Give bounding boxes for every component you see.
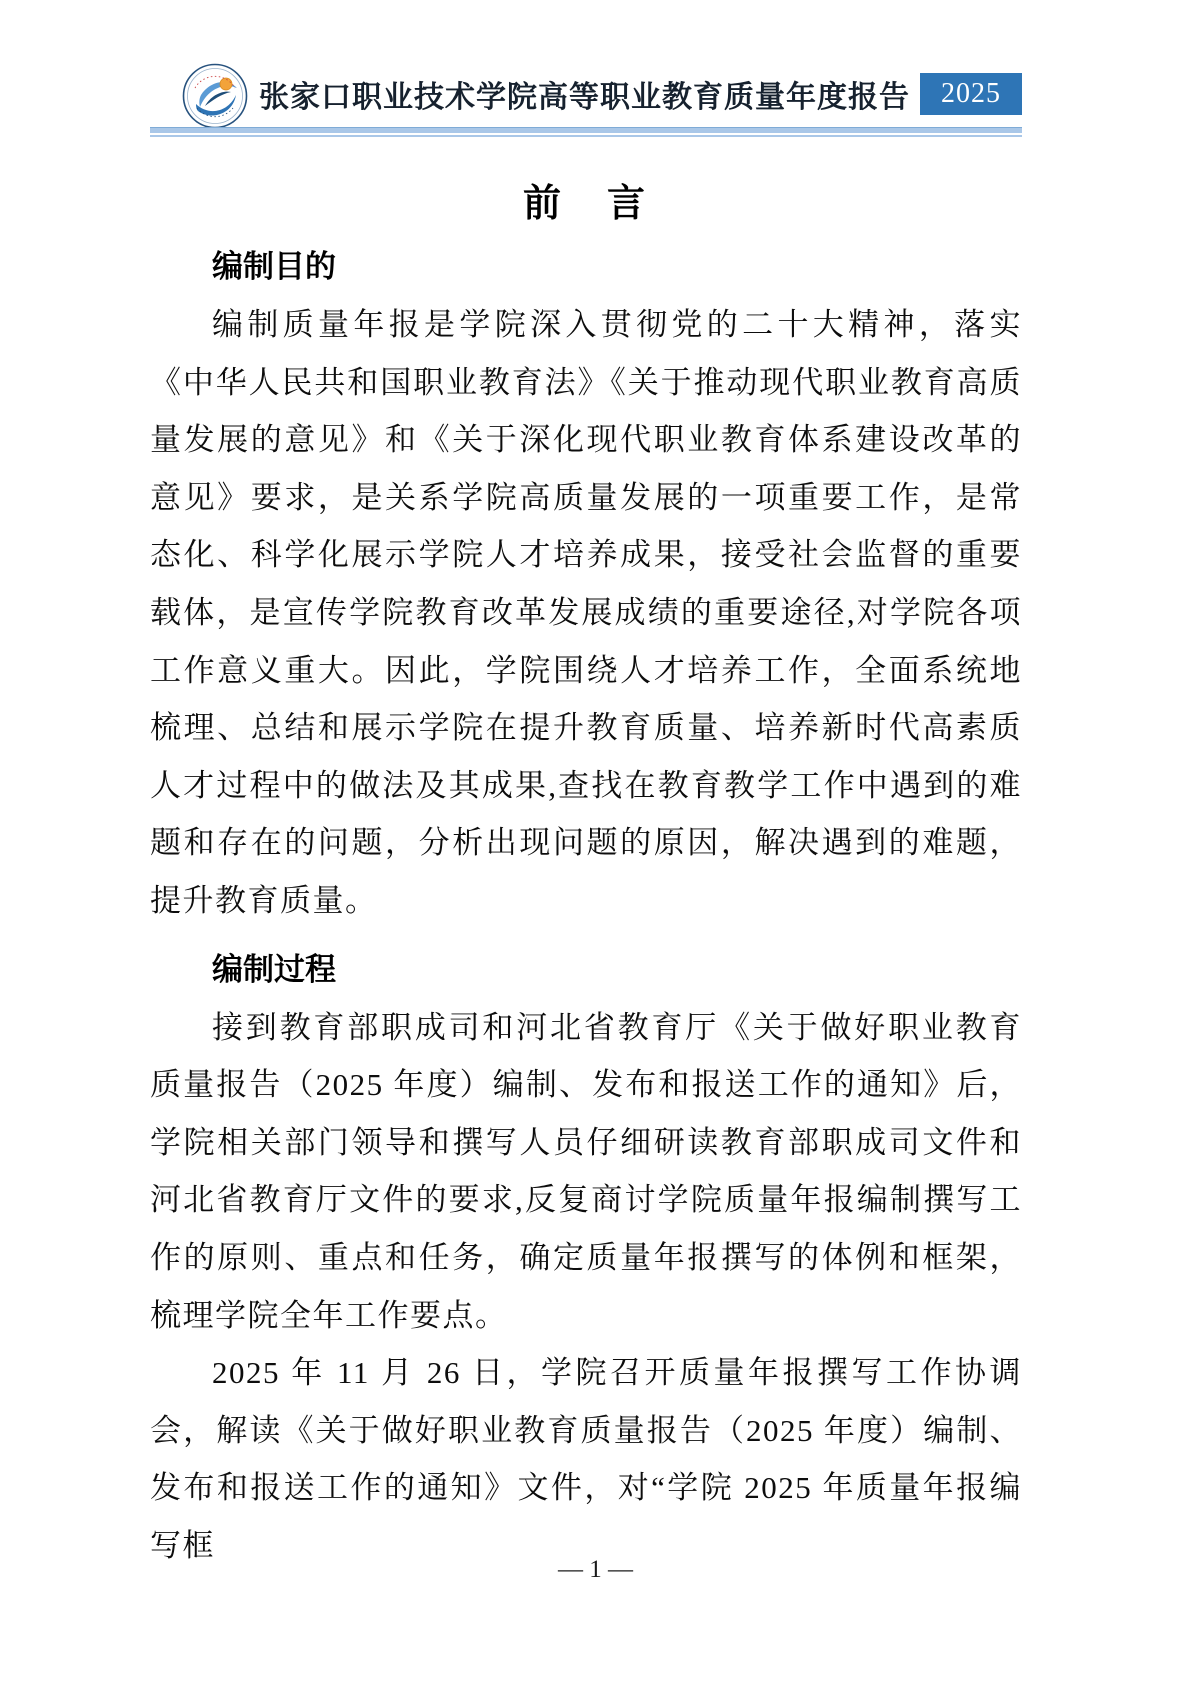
- page-number: — 1 —: [558, 1556, 633, 1583]
- paragraph-purpose: 编制质量年报是学院深入贯彻党的二十大精神，落实《中华人民共和国职业教育法》《关于…: [150, 296, 1022, 930]
- section-heading-process: 编制过程: [150, 944, 1022, 989]
- section-heading-purpose: 编制目的: [150, 241, 1022, 286]
- document-page: 张家口职业技术学院高等职业教育质量年度报告 2025 前 言 编制目的 编制质量…: [0, 0, 1191, 1684]
- document-title: 前 言: [150, 172, 1022, 227]
- header-rule: [150, 127, 1022, 137]
- paragraph-process-1: 接到教育部职成司和河北省教育厅《关于做好职业教育质量报告（2025 年度）编制、…: [150, 999, 1022, 1345]
- document-body: 前 言 编制目的 编制质量年报是学院深入贯彻党的二十大精神，落实《中华人民共和国…: [150, 150, 1022, 1574]
- paragraph-process-2: 2025 年 11 月 26 日，学院召开质量年报撰写工作协调会，解读《关于做好…: [150, 1344, 1022, 1574]
- page-header: 张家口职业技术学院高等职业教育质量年度报告 2025: [150, 62, 1022, 126]
- page-footer: — 1 —: [0, 1556, 1191, 1584]
- header-rule-thin-line: [150, 135, 1022, 137]
- header-title: 张家口职业技术学院高等职业教育质量年度报告: [259, 72, 910, 116]
- college-logo-icon: [181, 62, 249, 130]
- year-badge: 2025: [920, 73, 1022, 115]
